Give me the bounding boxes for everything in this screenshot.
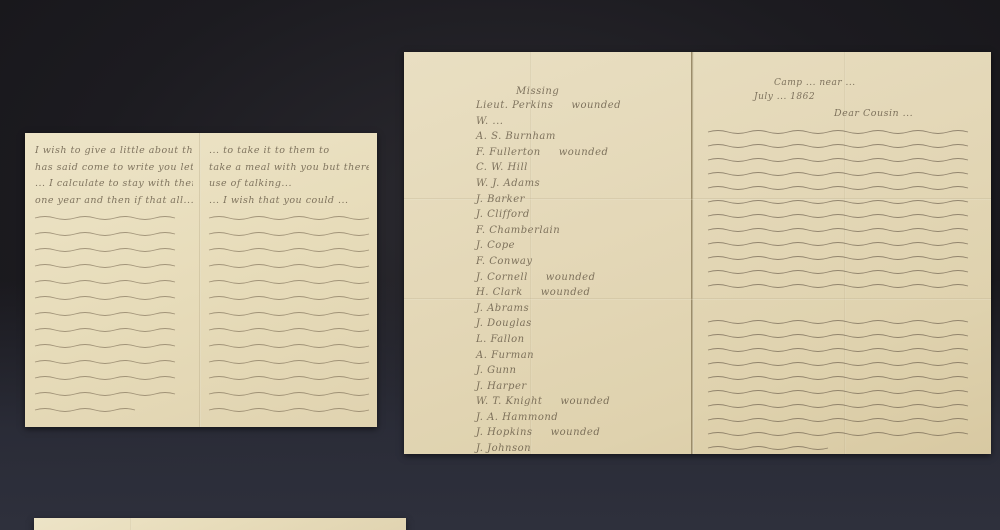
handwriting-scribble <box>25 133 199 427</box>
letter-left-sheet: I wish to give a little about the rest h… <box>25 133 377 427</box>
list-entry: W. ... <box>476 114 676 130</box>
casualty-list-page: Missing Lieut. Perkinswounded W. ... A. … <box>404 52 691 454</box>
list-entry: C. W. Hill <box>476 160 676 176</box>
list-entry: J. Harper <box>476 379 676 395</box>
list-entry: A. S. Burnham <box>476 129 676 145</box>
list-entry: J. Douglas <box>476 316 676 332</box>
center-fold <box>130 518 132 530</box>
list-entry: J. Clifford <box>476 207 676 223</box>
list-entry: F. Fullertonwounded <box>476 145 676 161</box>
list-entry: F. Chamberlain <box>476 223 676 239</box>
handwriting-scribble <box>201 133 377 427</box>
list-entry: F. Conway <box>476 254 676 270</box>
handwriting-scribble <box>694 52 991 454</box>
list-entry: W. T. Knightwounded <box>476 394 676 410</box>
list-heading: Missing <box>516 86 559 97</box>
list-entry: J. Gunn <box>476 363 676 379</box>
casualty-list: Lieut. Perkinswounded W. ... A. S. Burnh… <box>476 98 676 454</box>
list-entry: H. Clarkwounded <box>476 285 676 301</box>
letter-left-page-2: ... to take it to them to take a meal wi… <box>201 133 377 427</box>
list-entry: Lieut. Perkinswounded <box>476 98 676 114</box>
list-entry: J. Hopkinswounded <box>476 425 676 441</box>
list-entry: J. Cornellwounded <box>476 270 676 286</box>
list-entry: J. Barker <box>476 192 676 208</box>
list-entry: J. Johnson <box>476 441 676 454</box>
list-entry: W. J. Adams <box>476 176 676 192</box>
list-entry: A. Furman <box>476 348 676 364</box>
list-entry: J. A. Hammond <box>476 410 676 426</box>
narrative-letter-page: Camp ... near ... July ... 1862 Dear Cou… <box>694 52 991 454</box>
list-entry: L. Fallon <box>476 332 676 348</box>
list-entry: J. Cope <box>476 238 676 254</box>
letter-left-page-1: I wish to give a little about the rest h… <box>25 133 199 427</box>
letter-bottom-sheet-partial <box>34 518 406 530</box>
list-entry: J. Abrams <box>476 301 676 317</box>
letter-right-sheet: Missing Lieut. Perkinswounded W. ... A. … <box>404 52 991 454</box>
